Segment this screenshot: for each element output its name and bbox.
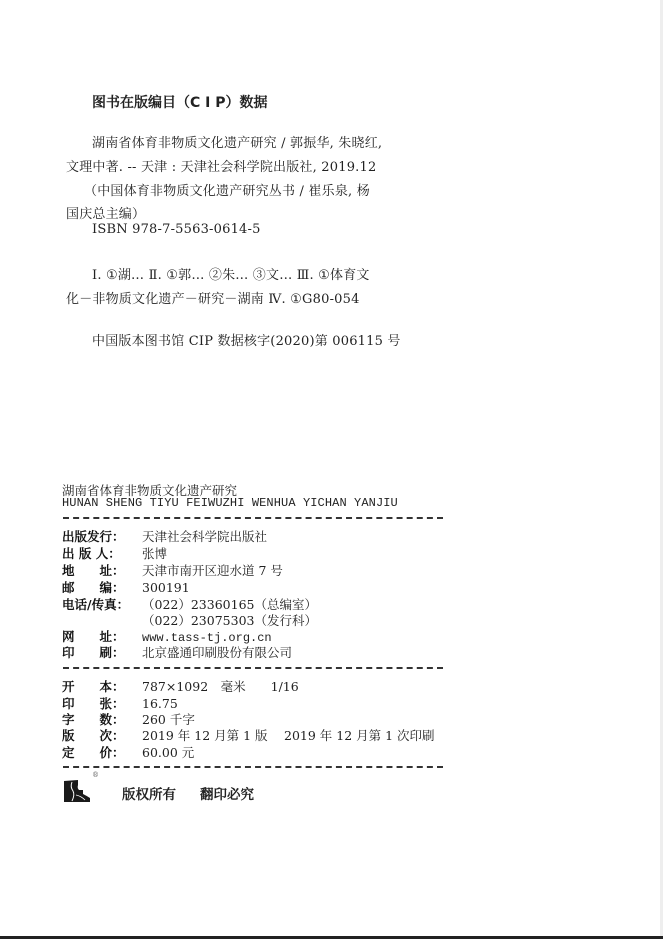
- spec-edition: 版 次：2019 年 12 月第 1 版 2019 年 12 月第 1 次印刷: [62, 728, 435, 744]
- info-label: 印 张：: [62, 696, 142, 712]
- info-value: 60.00 元: [142, 745, 194, 761]
- info-phone-fax: 电话/传真：（022）23360165（总编室）: [62, 597, 317, 613]
- info-label: 字 数：: [62, 712, 142, 728]
- info-label: 电话/传真：: [62, 597, 142, 613]
- spec-format: 开 本：787×1092 毫米 1/16: [62, 679, 299, 695]
- divider-2: [63, 667, 443, 669]
- cip-title: 图书在版编目（C I P）数据: [92, 92, 268, 112]
- registered-mark: ®: [92, 771, 99, 779]
- cip-line-1: 湖南省体育非物质文化遗产研究 / 郭振华, 朱晓红,: [92, 132, 382, 151]
- info-value: 2019 年 12 月第 1 版 2019 年 12 月第 1 次印刷: [142, 728, 435, 744]
- divider-3: [63, 766, 443, 768]
- info-label: 定 价：: [62, 745, 142, 761]
- info-printer: 印 刷：北京盛通印刷股份有限公司: [62, 645, 292, 661]
- cip-line-2: 文理中著. -- 天津 : 天津社会科学院出版社, 2019.12: [66, 156, 376, 175]
- info-value: www.tass-tj.org.cn: [142, 630, 272, 646]
- info-value: 张博: [142, 546, 167, 562]
- book-title-pinyin: HUNAN SHENG TIYU FEIWUZHI WENHUA YICHAN …: [62, 496, 398, 510]
- info-value: 260 千字: [142, 712, 195, 728]
- info-publisher-person: 出 版 人：张博: [62, 546, 167, 562]
- cip-line-3: （中国体育非物质文化遗产研究丛书 / 崔乐泉, 杨: [84, 180, 370, 199]
- info-label: 网 址：: [62, 629, 142, 645]
- info-label: 出版发行：: [62, 529, 142, 545]
- spec-word-count: 字 数：260 千字: [62, 712, 195, 728]
- info-value: 北京盛通印刷股份有限公司: [142, 645, 292, 661]
- piracy-notice: 翻印必究: [200, 783, 254, 803]
- info-phone-fax-2: （022）23075303（发行科）: [62, 613, 317, 629]
- info-label: 出 版 人：: [62, 546, 142, 562]
- info-value: 天津社会科学院出版社: [142, 529, 267, 545]
- info-label: 版 次：: [62, 728, 142, 744]
- info-label: 邮 编：: [62, 580, 142, 596]
- publisher-logo-icon: [63, 777, 93, 803]
- info-value: 787×1092 毫米 1/16: [142, 679, 299, 695]
- info-label: 地 址：: [62, 563, 142, 579]
- info-label: 开 本：: [62, 679, 142, 695]
- info-publisher: 出版发行：天津社会科学院出版社: [62, 529, 267, 545]
- isbn-line: ISBN 978-7-5563-0614-5: [92, 222, 261, 237]
- info-website: 网 址：www.tass-tj.org.cn: [62, 629, 272, 645]
- spec-sheets: 印 张：16.75: [62, 696, 178, 712]
- info-value: （022）23075303（发行科）: [142, 613, 317, 629]
- copyright-notice: 版权所有: [122, 783, 176, 803]
- spec-price: 定 价：60.00 元: [62, 745, 194, 761]
- cip-line-4: 国庆总主编）: [66, 203, 145, 222]
- cip-record-number: 中国版本图书馆 CIP 数据核字(2020)第 006115 号: [92, 330, 401, 349]
- divider-1: [63, 517, 443, 519]
- info-value: （022）23360165（总编室）: [142, 597, 317, 613]
- info-postcode: 邮 编：300191: [62, 580, 190, 596]
- classification-line-2: 化－非物质文化遗产－研究－湖南 Ⅳ. ①G80-054: [66, 288, 360, 307]
- info-value: 300191: [142, 580, 190, 596]
- classification-line-1: Ⅰ. ①湖… Ⅱ. ①郭… ②朱… ③文… Ⅲ. ①体育文: [92, 264, 370, 283]
- info-address: 地 址：天津市南开区迎水道 7 号: [62, 563, 283, 579]
- info-value: 16.75: [142, 696, 178, 712]
- info-label: 印 刷：: [62, 645, 142, 661]
- info-value: 天津市南开区迎水道 7 号: [142, 563, 283, 579]
